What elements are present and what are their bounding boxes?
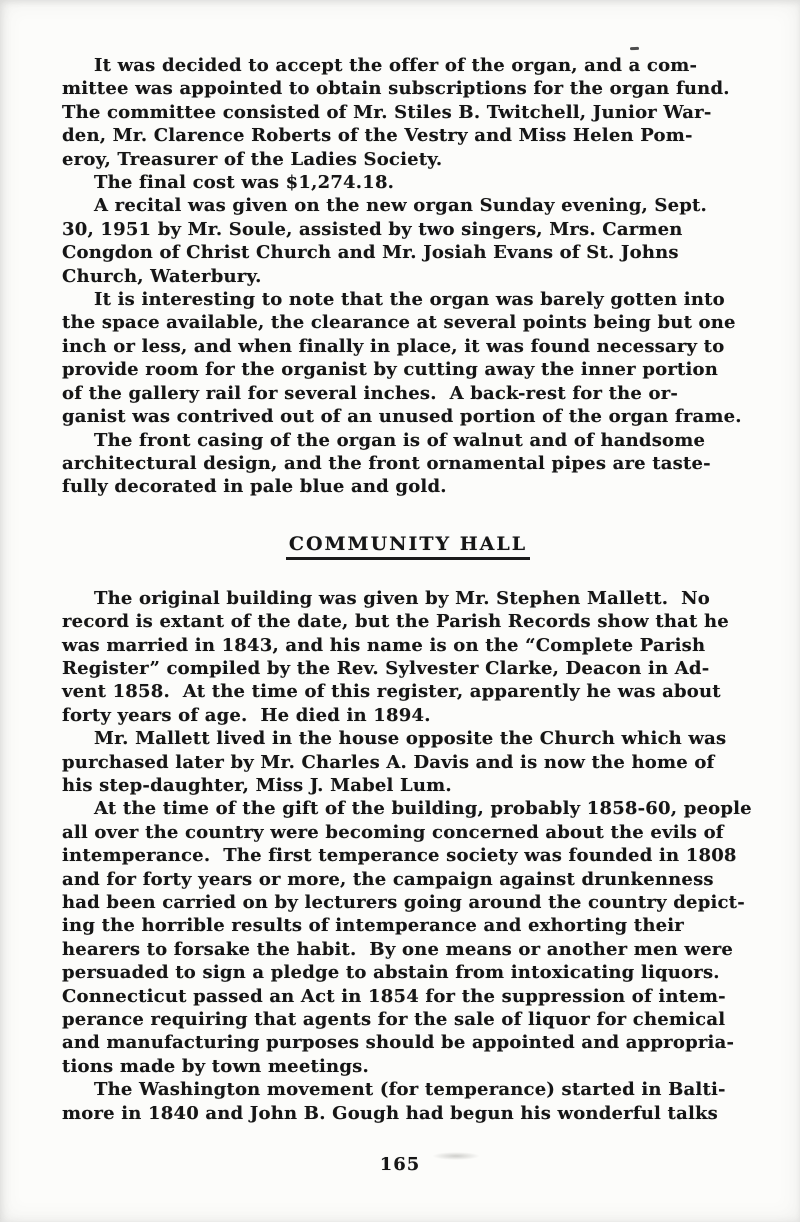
paragraph-recital: A recital was given on the new organ Sun… <box>62 194 754 288</box>
paragraph-washington-movement: The Washington movement (for temperance)… <box>62 1078 754 1125</box>
text-block: It was decided to accept the offer of th… <box>62 54 754 1125</box>
paragraph-final-cost: The final cost was $1,274.18. <box>62 171 754 194</box>
scan-speck <box>630 47 639 50</box>
paragraph-organ-fit: It is interesting to note that the organ… <box>62 288 754 428</box>
document-page: It was decided to accept the offer of th… <box>0 0 800 1222</box>
paragraph-temperance: At the time of the gift of the building,… <box>62 797 754 1078</box>
section-heading-row: COMMUNITY HALL <box>62 533 754 560</box>
paragraph-mallett-house: Mr. Mallett lived in the house opposite … <box>62 727 754 797</box>
paragraph-original-building: The original building was given by Mr. S… <box>62 587 754 727</box>
paragraph-organ-casing: The front casing of the organ is of waln… <box>62 429 754 499</box>
section-heading: COMMUNITY HALL <box>286 533 530 560</box>
paragraph-organ-offer: It was decided to accept the offer of th… <box>62 54 754 171</box>
page-number: 165 <box>0 1154 800 1175</box>
